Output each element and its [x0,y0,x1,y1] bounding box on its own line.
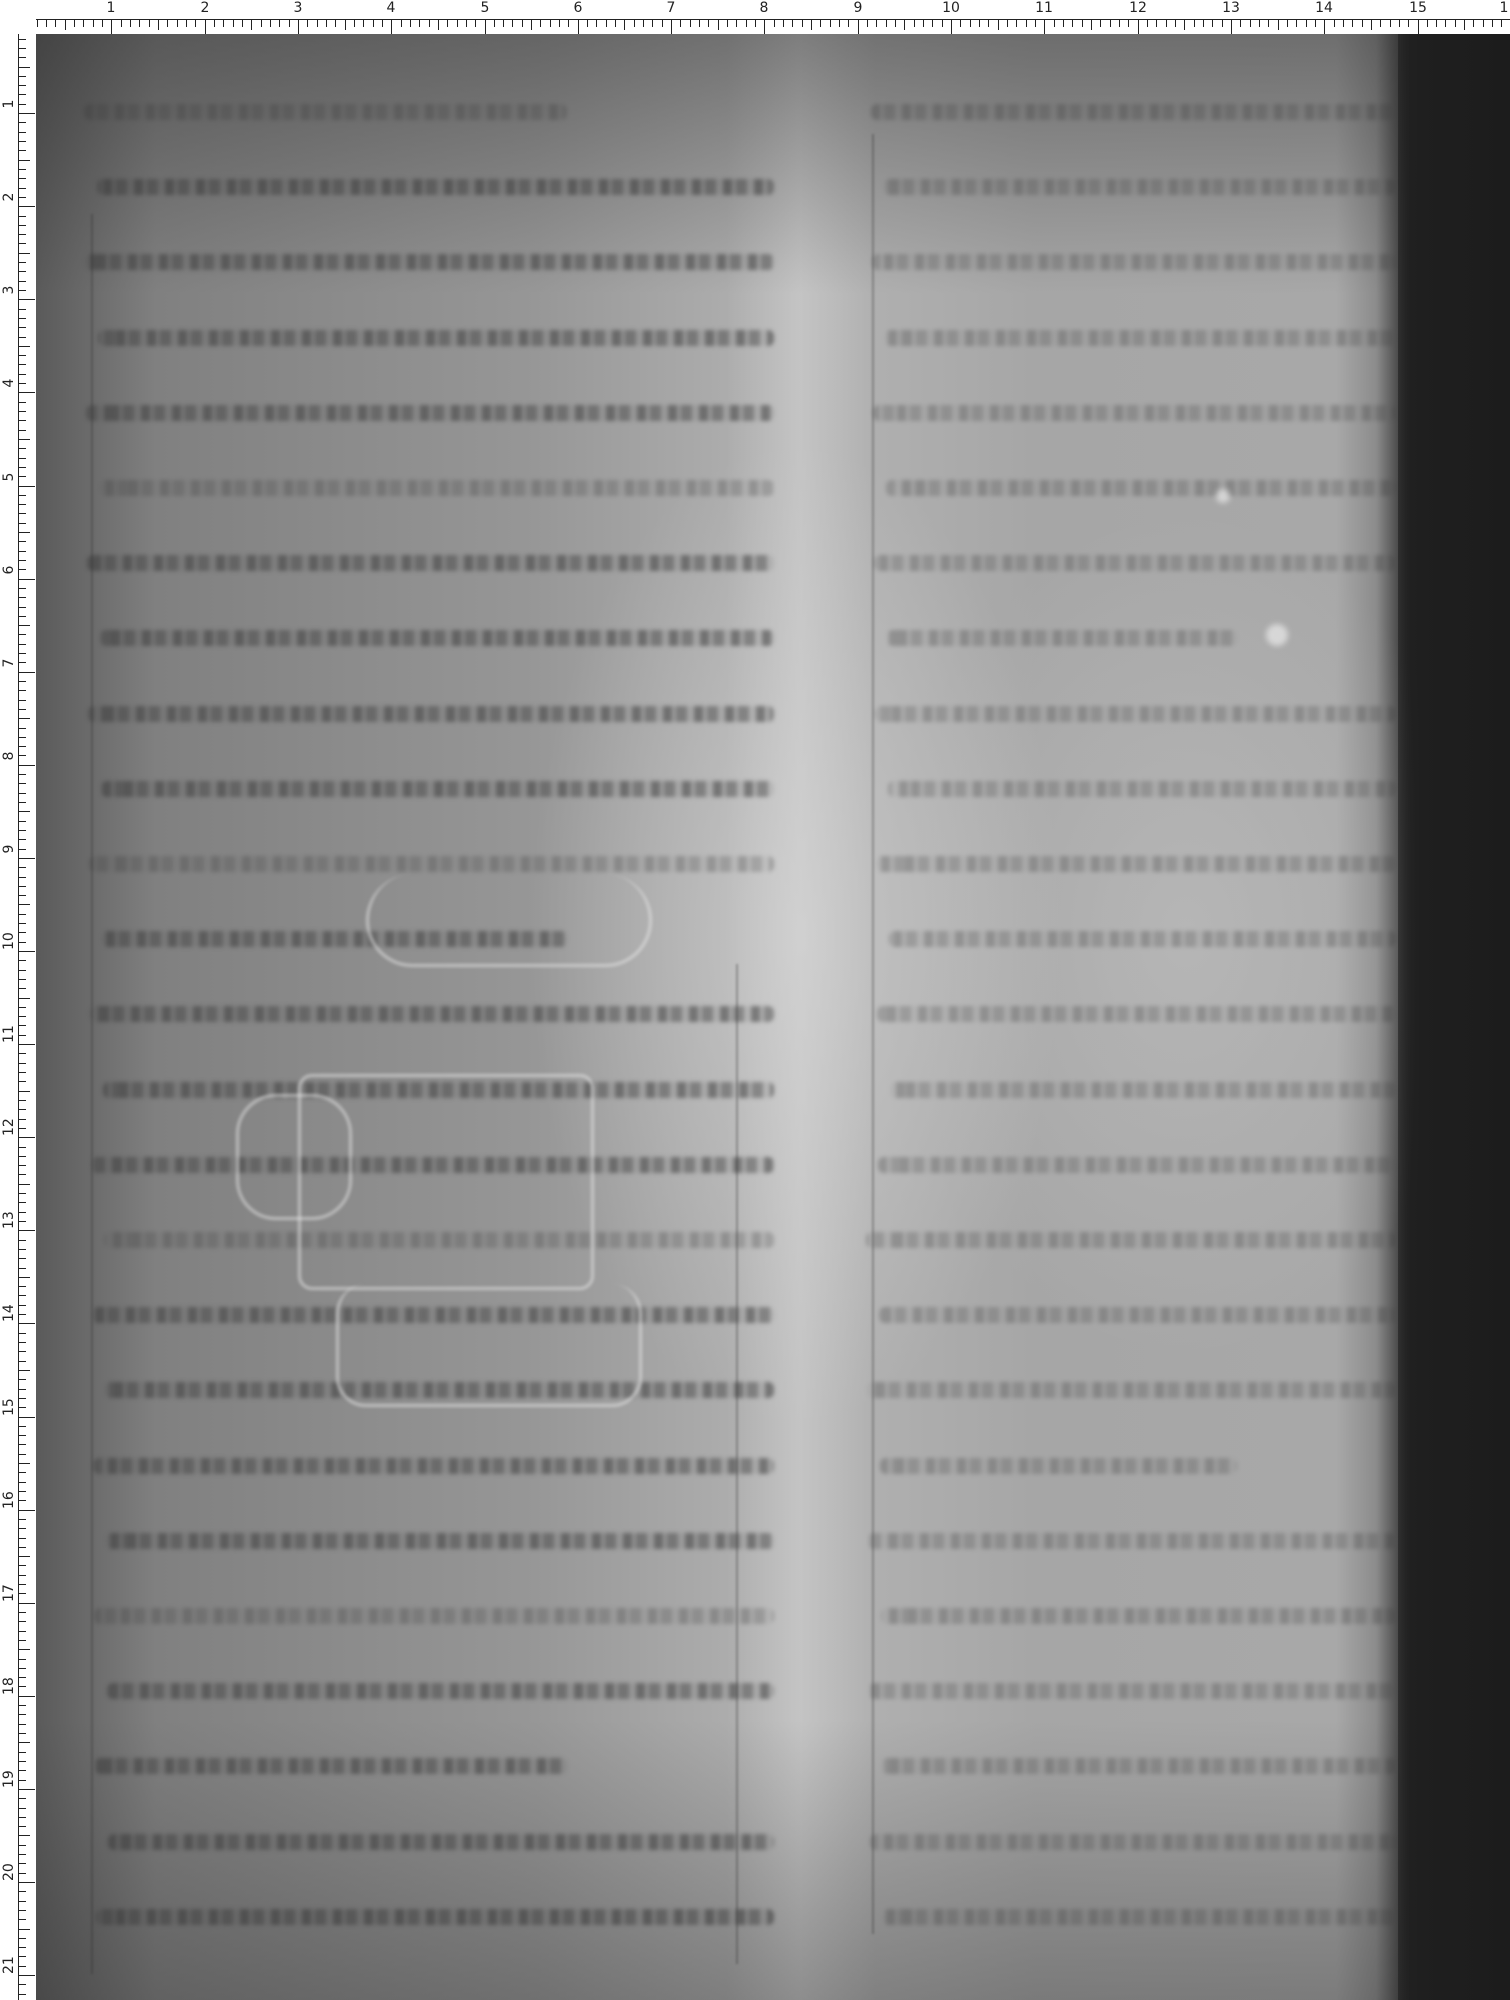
ruler-tick [1343,20,1344,27]
ruler-tick [19,1249,26,1250]
ruler-tick [19,765,35,766]
ruler-tick [19,1724,26,1725]
ruler-tick [1427,20,1428,27]
ruler-tick [19,1808,26,1809]
ruler-tick [1212,20,1213,27]
ruler-tick [19,942,26,943]
handwritten-text-line [889,931,1396,947]
handwritten-text-line [880,1458,1237,1474]
ruler-tick [19,1286,26,1287]
ruler-tick [1035,20,1036,27]
ruler-tick [19,1091,30,1092]
ruler-tick [447,20,448,27]
ruler-tick [998,20,999,30]
ruler-tick [1128,20,1129,27]
ruler-label: 18 [2,1679,16,1695]
ruler-tick [1166,20,1167,27]
ruler-tick [19,1556,30,1557]
ruler-label: 5 [2,469,16,485]
handwritten-text-line [874,555,1396,571]
ruler-tick [19,1463,30,1464]
ruler-tick [158,20,159,30]
ruler-tick [19,271,26,272]
ruler-tick [19,364,26,365]
ruler-tick [19,188,26,189]
ruler-tick [19,1910,26,1911]
ruler-tick [19,290,26,291]
ruler-tick [19,1854,26,1855]
ruler-tick [19,914,26,915]
ruler-tick [19,411,26,412]
ruler-tick [261,20,262,27]
ruler-tick [19,1398,26,1399]
ruler-tick [1194,20,1195,27]
handwritten-text-line [887,630,1237,646]
ruler-label: 1 [1500,0,1509,16]
ruler-tick [186,20,187,27]
ruler-tick [19,1184,30,1185]
ruler-tick [19,709,26,710]
ruler-tick [19,1193,26,1194]
ruler-tick [19,374,26,375]
ruler-tick [438,20,439,30]
ruler-tick [177,20,178,27]
handwritten-text-line [99,480,774,496]
ruler-tick [326,20,327,27]
ruler-label: 21 [2,1958,16,1974]
ruler-tick [19,1165,26,1166]
ruler-label: 9 [854,0,863,16]
ruler-tick [596,20,597,27]
ruler-tick [19,932,26,933]
ruler-tick [19,579,35,580]
ruler-tick [699,20,700,27]
ruler-tick [466,20,467,27]
ruler-tick [1455,20,1456,27]
ruler-tick [19,1500,26,1501]
ruler-tick [19,662,26,663]
ruler-tick [19,1780,26,1781]
ruler-tick [1184,20,1185,30]
ruler-tick [932,20,933,27]
ruler-tick [19,392,35,393]
ruler-tick [19,1072,26,1073]
ruler-tick [19,746,26,747]
ruler-tick [1315,20,1316,27]
ruler-tick [19,1174,26,1175]
handwritten-text-line [107,1683,774,1699]
ruler-tick [1473,20,1474,27]
ruler-label: 1 [107,0,116,16]
ruler-tick [223,20,224,27]
ruler-label: 16 [2,1493,16,1509]
ruler-tick [19,1584,26,1585]
ruler-tick [19,1007,26,1008]
ruler-tick [19,728,26,729]
ruler-tick [820,20,821,27]
ruler-tick [1464,20,1465,30]
handwritten-text-line [877,1006,1396,1022]
ruler-label: 10 [2,934,16,950]
ruler-tick [19,1956,26,1957]
ruler-tick [19,1994,26,1995]
ruler-tick [559,20,560,27]
ruler-tick [485,20,486,34]
ruler-tick [19,402,26,403]
ruler-tick [19,1659,26,1660]
ruler-tick [1362,20,1363,27]
ruler-tick [19,1472,26,1473]
ruler-tick [19,1361,26,1362]
ruler-tick [19,150,26,151]
ruler-tick [19,1631,26,1632]
ruler-tick [19,504,26,505]
ruler-tick [19,877,26,878]
handwritten-text-line [101,781,774,797]
ruler-tick [1324,20,1325,34]
ruler-tick [19,1025,26,1026]
ruler-tick [848,20,849,27]
ruler-tick [19,234,26,235]
ruler-tick [19,1342,26,1343]
ruler-tick [494,20,495,27]
ruler-tick [19,653,26,654]
ruler-tick [19,1882,35,1883]
bright-spot [1266,624,1288,646]
ruler-label: 4 [387,0,396,16]
ruler-tick [19,811,30,812]
ruler-tick [19,1128,26,1129]
ruler-tick [1231,20,1232,34]
ruler-tick [19,439,30,440]
horizontal-cm-ruler: 01234567891011121314151 [0,0,1510,34]
handwritten-text-line [90,1006,774,1022]
ruler-tick [242,20,243,27]
ruler-tick [19,1147,26,1148]
ruler-label: 14 [2,1306,16,1322]
ruler-tick [19,1742,30,1743]
ruler-tick [1082,20,1083,27]
ruler-label: 8 [2,748,16,764]
ruler-tick [19,337,26,338]
ruler-tick [1380,20,1381,27]
ruler-tick [233,20,234,27]
ruler-tick [587,20,588,27]
ruler-tick [19,1230,35,1231]
ruler-tick [19,718,30,719]
ruler-tick [503,20,504,27]
ruler-tick [19,560,26,561]
ruler-tick [811,20,812,30]
ruler-tick [19,253,30,254]
ruler-tick [19,1156,26,1157]
ruler-tick [19,355,26,356]
ruler-tick [19,951,35,952]
vignette [36,34,1510,294]
ruler-tick [19,1258,26,1259]
ruler-tick [19,1873,26,1874]
ruler-tick [1240,20,1241,27]
ruler-label: 9 [2,841,16,857]
ruler-tick [317,20,318,27]
ruler-tick [1334,20,1335,27]
ruler-tick [624,20,625,30]
ruler-tick [19,1919,26,1920]
ruler-tick [19,262,26,263]
ruler-label: 13 [2,1213,16,1229]
ruler-tick [19,1510,35,1511]
ruler-tick [93,20,94,27]
ruler-tick [512,20,513,27]
ruler-tick [298,20,299,34]
ruler-tick [19,1240,26,1241]
ruler-tick [19,1686,26,1687]
ruler-tick [1296,20,1297,27]
ruler-tick [102,20,103,27]
ruler-tick [19,225,26,226]
ruler-tick [19,67,30,68]
ruler-tick [65,20,66,30]
ruler-tick [19,197,26,198]
ruler-tick [19,830,26,831]
ruler-label: 13 [1222,0,1240,16]
ruler-tick [19,1696,35,1697]
ruler-baseline [18,19,19,2000]
ruler-tick [1063,20,1064,27]
handwritten-text-line [875,706,1396,722]
ruler-tick [736,20,737,27]
ruler-tick [19,132,26,133]
ruler-label: 6 [574,0,583,16]
ruler-tick [19,523,26,524]
ruler-tick [662,20,663,27]
ruler-tick [19,886,26,887]
handwritten-text-line [885,330,1396,346]
handwritten-text-line [878,1157,1396,1173]
ruler-tick [307,20,308,27]
ruler-tick [19,960,26,961]
ruler-label: 3 [2,282,16,298]
ruler-tick [1138,20,1139,34]
ruler-tick [19,1221,26,1222]
ruler-tick [1278,20,1279,30]
ruler-tick [1501,20,1502,27]
damage-outline [236,1094,352,1220]
ruler-tick [1306,20,1307,27]
ruler-tick [19,1668,26,1669]
ruler-tick [335,20,336,27]
ruler-tick [746,20,747,27]
ruler-label: 19 [2,1772,16,1788]
ruler-tick [345,20,346,30]
handwritten-text-line [98,330,774,346]
ruler-tick [942,20,943,27]
ruler-tick [1483,20,1484,27]
ruler-label: 12 [2,1120,16,1136]
ruler-tick [19,737,26,738]
ruler-tick [19,141,26,142]
ruler-tick [19,1603,35,1604]
ruler-tick [19,1798,26,1799]
ruler-tick [19,1593,26,1594]
ruler-tick [923,20,924,27]
bright-spot [1216,489,1230,503]
ruler-tick [19,1268,26,1269]
ruler-tick [19,1649,30,1650]
ruler-tick [19,690,26,691]
ruler-tick [19,1454,26,1455]
ruler-tick [19,1677,26,1678]
ruler-label: 5 [481,0,490,16]
ruler-tick [19,1035,26,1036]
manuscript-scan-image [36,34,1510,2000]
ruler-tick [960,20,961,27]
ruler-tick [802,20,803,27]
ruler-tick [19,1714,26,1715]
manuscript-left-column [84,54,774,1994]
ruler-tick [19,1100,26,1101]
ruler-tick [1408,20,1409,27]
ruler-tick [19,821,26,822]
handwritten-text-line [869,1683,1396,1699]
ruler-tick [19,495,26,496]
ruler-tick [19,113,35,114]
handwritten-text-line [93,1458,774,1474]
ruler-tick [1175,20,1176,27]
ruler-tick [19,839,26,840]
ruler-tick [19,1575,26,1576]
ruler-tick [457,20,458,27]
ruler-tick [19,1770,26,1771]
ruler-tick [19,1789,35,1790]
ruler-tick [1156,20,1157,27]
ruler-tick [19,755,26,756]
ruler-tick [149,20,150,27]
ruler-tick [19,1370,30,1371]
ruler-tick [19,1891,26,1892]
ruler-tick [55,20,56,27]
ruler-tick [363,20,364,27]
ruler-tick [19,1202,26,1203]
ruler-tick [988,20,989,27]
ruler-tick [1044,20,1045,34]
ruler-tick [19,923,26,924]
ruler-tick [858,20,859,34]
ruler-tick [606,20,607,27]
ruler-label: 3 [294,0,303,16]
ruler-label: 8 [760,0,769,16]
ruler-tick [251,20,252,30]
ruler-tick [19,1295,26,1296]
ruler-tick [19,1538,26,1539]
ruler-tick [19,1016,26,1017]
ruler-tick [19,243,26,244]
ruler-tick [1203,20,1204,27]
ruler-tick [522,20,523,27]
ruler-tick [19,1966,26,1967]
ruler-tick [19,1547,26,1548]
ruler-tick [690,20,691,27]
ruler-tick [671,20,672,34]
ruler-tick [895,20,896,27]
ruler-tick [652,20,653,27]
ruler-tick [19,216,26,217]
ruler-tick [19,513,26,514]
ruler-tick [19,1379,26,1380]
ruler-tick [19,57,26,58]
ruler-tick [708,20,709,27]
ruler-tick [19,588,26,589]
ruler-tick [1259,20,1260,27]
vignette [36,1720,1510,2000]
ruler-tick [19,625,30,626]
ruler-label: 11 [2,1027,16,1043]
ruler-tick [764,20,765,34]
ruler-tick [755,20,756,27]
ruler-tick [568,20,569,27]
ruler-tick [139,20,140,27]
ruler-tick [783,20,784,27]
ruler-tick [19,476,26,477]
ruler-tick [19,1621,26,1622]
ruler-tick [19,1863,26,1864]
ruler-tick [727,20,728,27]
ruler-tick [19,644,26,645]
ruler-label: 7 [667,0,676,16]
ruler-tick [19,467,26,468]
ruler-tick [46,20,47,27]
ruler-tick [19,1845,26,1846]
ruler-tick [19,122,26,123]
ruler-tick [289,20,290,27]
ruler-tick [19,979,26,980]
ruler-tick [1222,20,1223,27]
handwritten-text-line [873,405,1396,421]
ruler-tick [19,346,30,347]
ruler-tick [19,1119,26,1120]
ruler-tick [19,616,26,617]
ruler-tick [19,1491,26,1492]
ruler-tick [391,20,392,34]
ruler-tick [19,299,35,300]
background-strip [1398,34,1510,2000]
ruler-tick [615,20,616,27]
ruler-tick [19,1640,26,1641]
ruler-tick [167,20,168,27]
handwritten-text-line [88,706,774,722]
manuscript-right-column [866,54,1396,1994]
ruler-tick [634,20,635,27]
ruler-tick [130,20,131,27]
ruler-tick [19,1761,26,1762]
damage-outline [366,874,652,967]
ruler-tick [19,1212,26,1213]
ruler-tick [19,39,26,40]
handwritten-text-line [87,555,774,571]
ruler-tick [914,20,915,27]
ruler-tick [19,1417,35,1418]
ruler-tick [19,1938,26,1939]
ruler-tick [373,20,374,27]
ruler-tick [540,20,541,27]
ruler-label: 7 [2,655,16,671]
ruler-tick [1418,20,1419,34]
ruler-tick [1492,20,1493,27]
ruler-tick [792,20,793,27]
ruler-tick [19,607,26,608]
handwritten-text-line [886,480,1396,496]
ruler-tick [886,20,887,27]
